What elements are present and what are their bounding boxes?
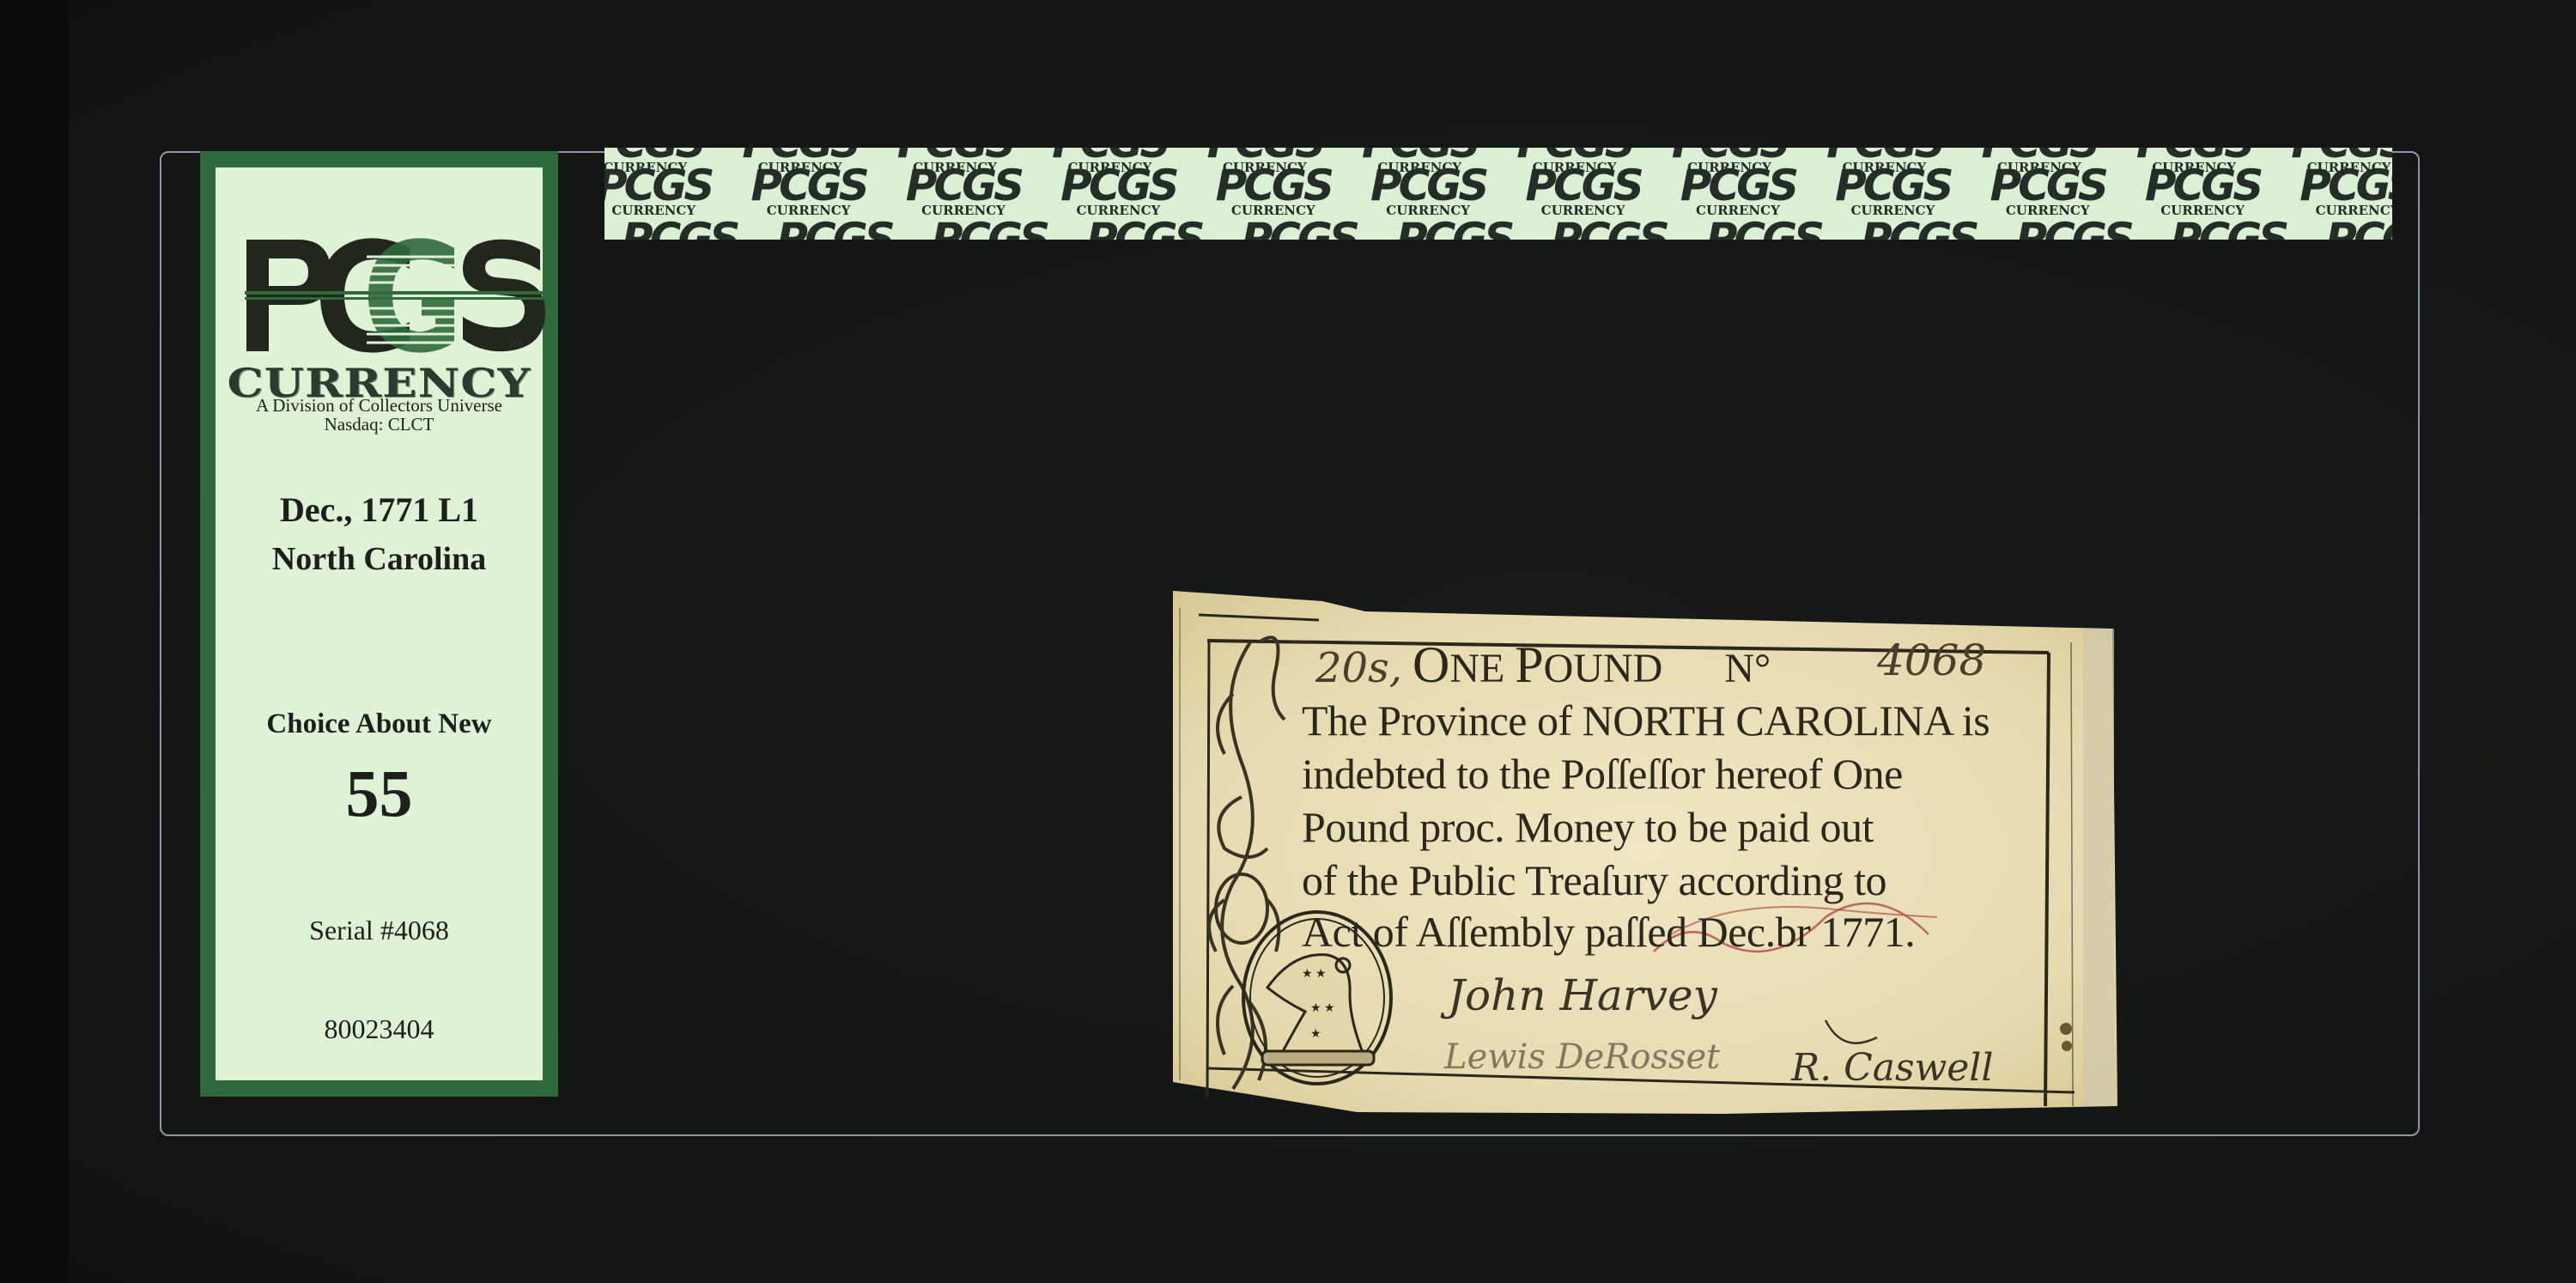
division-line-2: Nasdaq: CLCT bbox=[216, 415, 543, 434]
strip-logo: PCGSCURRENCY bbox=[2325, 220, 2392, 240]
strip-logo: PCGSCURRENCY bbox=[1060, 167, 1176, 217]
note-text-line-3: Pound proc. Money to be paid out bbox=[1302, 802, 1874, 852]
strip-row-middle: PCGSCURRENCYPCGSCURRENCYPCGSCURRENCYPCGS… bbox=[605, 167, 2392, 217]
division-line-1: A Division of Collectors Universe bbox=[216, 396, 543, 415]
grade-number: 55 bbox=[216, 755, 543, 832]
banknote: ★ ★ ★ ★ ★ 20s, ONE POUND N° 4068 The Pro… bbox=[1173, 591, 2117, 1115]
strip-logo: PCGSCURRENCY bbox=[1370, 167, 1485, 217]
trademark-mark: TM bbox=[507, 337, 522, 350]
strip-logo: PCGSCURRENCY bbox=[906, 167, 1021, 217]
note-text-line-5: Act of Aſſembly paſſed Dec.br 1771. bbox=[1302, 907, 1915, 957]
strip-logo: PCGSCURRENCY bbox=[1835, 167, 1950, 217]
signature-caswell: R. Caswell bbox=[1791, 1046, 1993, 1090]
strip-logo: PCGSCURRENCY bbox=[776, 220, 891, 240]
strip-logo: PCGSCURRENCY bbox=[1216, 167, 1331, 217]
note-region: North Carolina bbox=[216, 540, 543, 578]
strip-logo: PCGSCURRENCY bbox=[1086, 220, 1201, 240]
title-one-rest: NE bbox=[1449, 646, 1504, 691]
strip-logo: PCGSCURRENCY bbox=[2016, 220, 2131, 240]
strip-logo: PCGSCURRENCY bbox=[1990, 167, 2105, 217]
signature-harvey: John Harvey bbox=[1448, 970, 1717, 1020]
strip-logo: PCGSCURRENCY bbox=[1242, 220, 1357, 240]
strip-logo: PCGSCURRENCY bbox=[2300, 167, 2392, 217]
strip-logo: PCGSCURRENCY bbox=[750, 167, 866, 217]
note-text-line-1: The Province of NORTH CAROLINA is bbox=[1302, 696, 1990, 745]
svg-text:★: ★ bbox=[1310, 1028, 1321, 1041]
note-title: Dec., 1771 L1 bbox=[216, 489, 543, 530]
strip-logo: PCGSCURRENCY bbox=[2145, 167, 2260, 217]
title-pound-initial: P bbox=[1515, 636, 1543, 693]
cert-number: 80023404 bbox=[216, 1013, 543, 1045]
grade-description: Choice About New bbox=[216, 708, 543, 740]
pcgs-logo-icon bbox=[238, 231, 549, 360]
strip-logo: PCGSCURRENCY bbox=[1861, 220, 1976, 240]
svg-text:★ ★: ★ ★ bbox=[1302, 968, 1327, 981]
svg-text:★ ★: ★ ★ bbox=[1310, 1002, 1335, 1015]
signature-derosset: Lewis DeRosset bbox=[1444, 1037, 1720, 1077]
denomination: 20s, bbox=[1315, 644, 1402, 692]
title-pound-rest: OUND bbox=[1544, 646, 1663, 691]
label-division-text: A Division of Collectors Universe Nasdaq… bbox=[216, 396, 543, 434]
strip-logo: PCGSCURRENCY bbox=[605, 167, 711, 217]
strip-logo: PCGSCURRENCY bbox=[932, 220, 1047, 240]
strip-logo: PCGSCURRENCY bbox=[622, 220, 737, 240]
handwritten-serial: 4068 bbox=[1877, 635, 1986, 685]
label-inner: TM CURRENCY A Division of Collectors Uni… bbox=[216, 167, 543, 1080]
strip-logo: PCGSCURRENCY bbox=[1551, 220, 1666, 240]
note-text-line-2: indebted to the Poſſeſſor hereof One bbox=[1302, 749, 1903, 799]
strip-logo: PCGSCURRENCY bbox=[1706, 220, 1821, 240]
title-one-initial: O bbox=[1413, 636, 1449, 693]
strip-row-bottom: PCGSCURRENCYPCGSCURRENCYPCGSCURRENCYPCGS… bbox=[622, 220, 2392, 240]
strip-logo: PCGSCURRENCY bbox=[2171, 220, 2286, 240]
strip-logo: PCGSCURRENCY bbox=[1680, 167, 1795, 217]
grading-label: TM CURRENCY A Division of Collectors Uni… bbox=[200, 151, 558, 1097]
number-prefix: N° bbox=[1724, 646, 1771, 691]
serial-number: Serial #4068 bbox=[216, 915, 543, 946]
note-header: 20s, ONE POUND N° bbox=[1315, 635, 1771, 695]
background-edge-shadow bbox=[0, 0, 69, 1283]
strip-logo: PCGSCURRENCY bbox=[1525, 167, 1640, 217]
security-strip: PCGSCURRENCYPCGSCURRENCYPCGSCURRENCYPCGS… bbox=[605, 148, 2392, 240]
strip-logo: PCGSCURRENCY bbox=[1396, 220, 1511, 240]
note-text-line-4: of the Public Treaſury according to bbox=[1302, 855, 1886, 905]
